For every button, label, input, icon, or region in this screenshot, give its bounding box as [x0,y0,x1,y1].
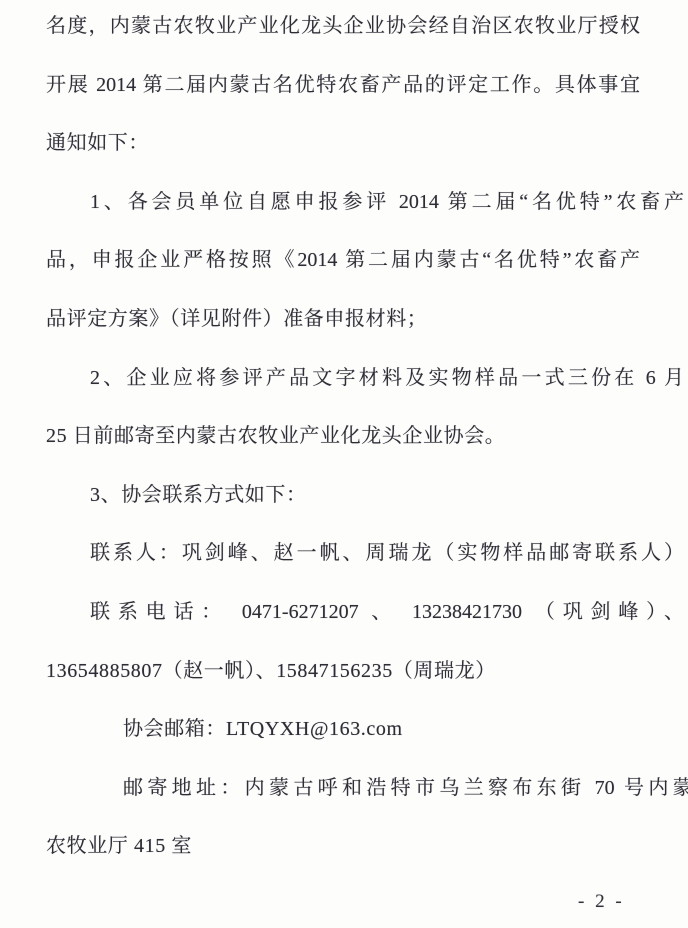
page-number: - 2 - [578,891,625,913]
text-line: 品评定方案》（详见附件）准备申报材料； [46,306,640,334]
text-line: 名度，内蒙古农牧业产业化龙头企业协会经自治区农牧业厅授权 [46,13,640,41]
document-page: 名度，内蒙古农牧业产业化龙头企业协会经自治区农牧业厅授权开展 2014 第二届内… [0,0,688,928]
text-line: 13654885807（赵一帆）、15847156235（周瑞龙） [46,658,640,686]
text-line: 邮寄地址：内蒙古呼和浩特市乌兰察布东街 70 号内蒙古 [46,775,688,803]
text-line: 25 日前邮寄至内蒙古农牧业产业化龙头企业协会。 [46,423,640,451]
text-line: 协会邮箱：LTQYXH@163.com [46,716,688,744]
text-line: 品，申报企业严格按照《2014 第二届内蒙古“名优特”农畜产 [46,247,640,275]
text-line: 1、各会员单位自愿申报参评 2014 第二届“名优特”农畜产 [46,189,684,217]
text-line: 开展 2014 第二届内蒙古名优特农畜产品的评定工作。具体事宜 [46,72,640,100]
text-line: 联系电话： 0471-6271207 、 13238421730 （巩剑峰）、 [46,599,684,627]
text-line: 通知如下： [46,130,640,158]
text-line: 农牧业厅 415 室 [46,833,640,861]
text-line: 3、协会联系方式如下： [46,482,684,510]
text-line: 联系人：巩剑峰、赵一帆、周瑞龙（实物样品邮寄联系人） [46,540,684,568]
text-line: 2、企业应将参评产品文字材料及实物样品一式三份在 6 月 [46,365,684,393]
document-body: 名度，内蒙古农牧业产业化龙头企业协会经自治区农牧业厅授权开展 2014 第二届内… [0,0,688,928]
